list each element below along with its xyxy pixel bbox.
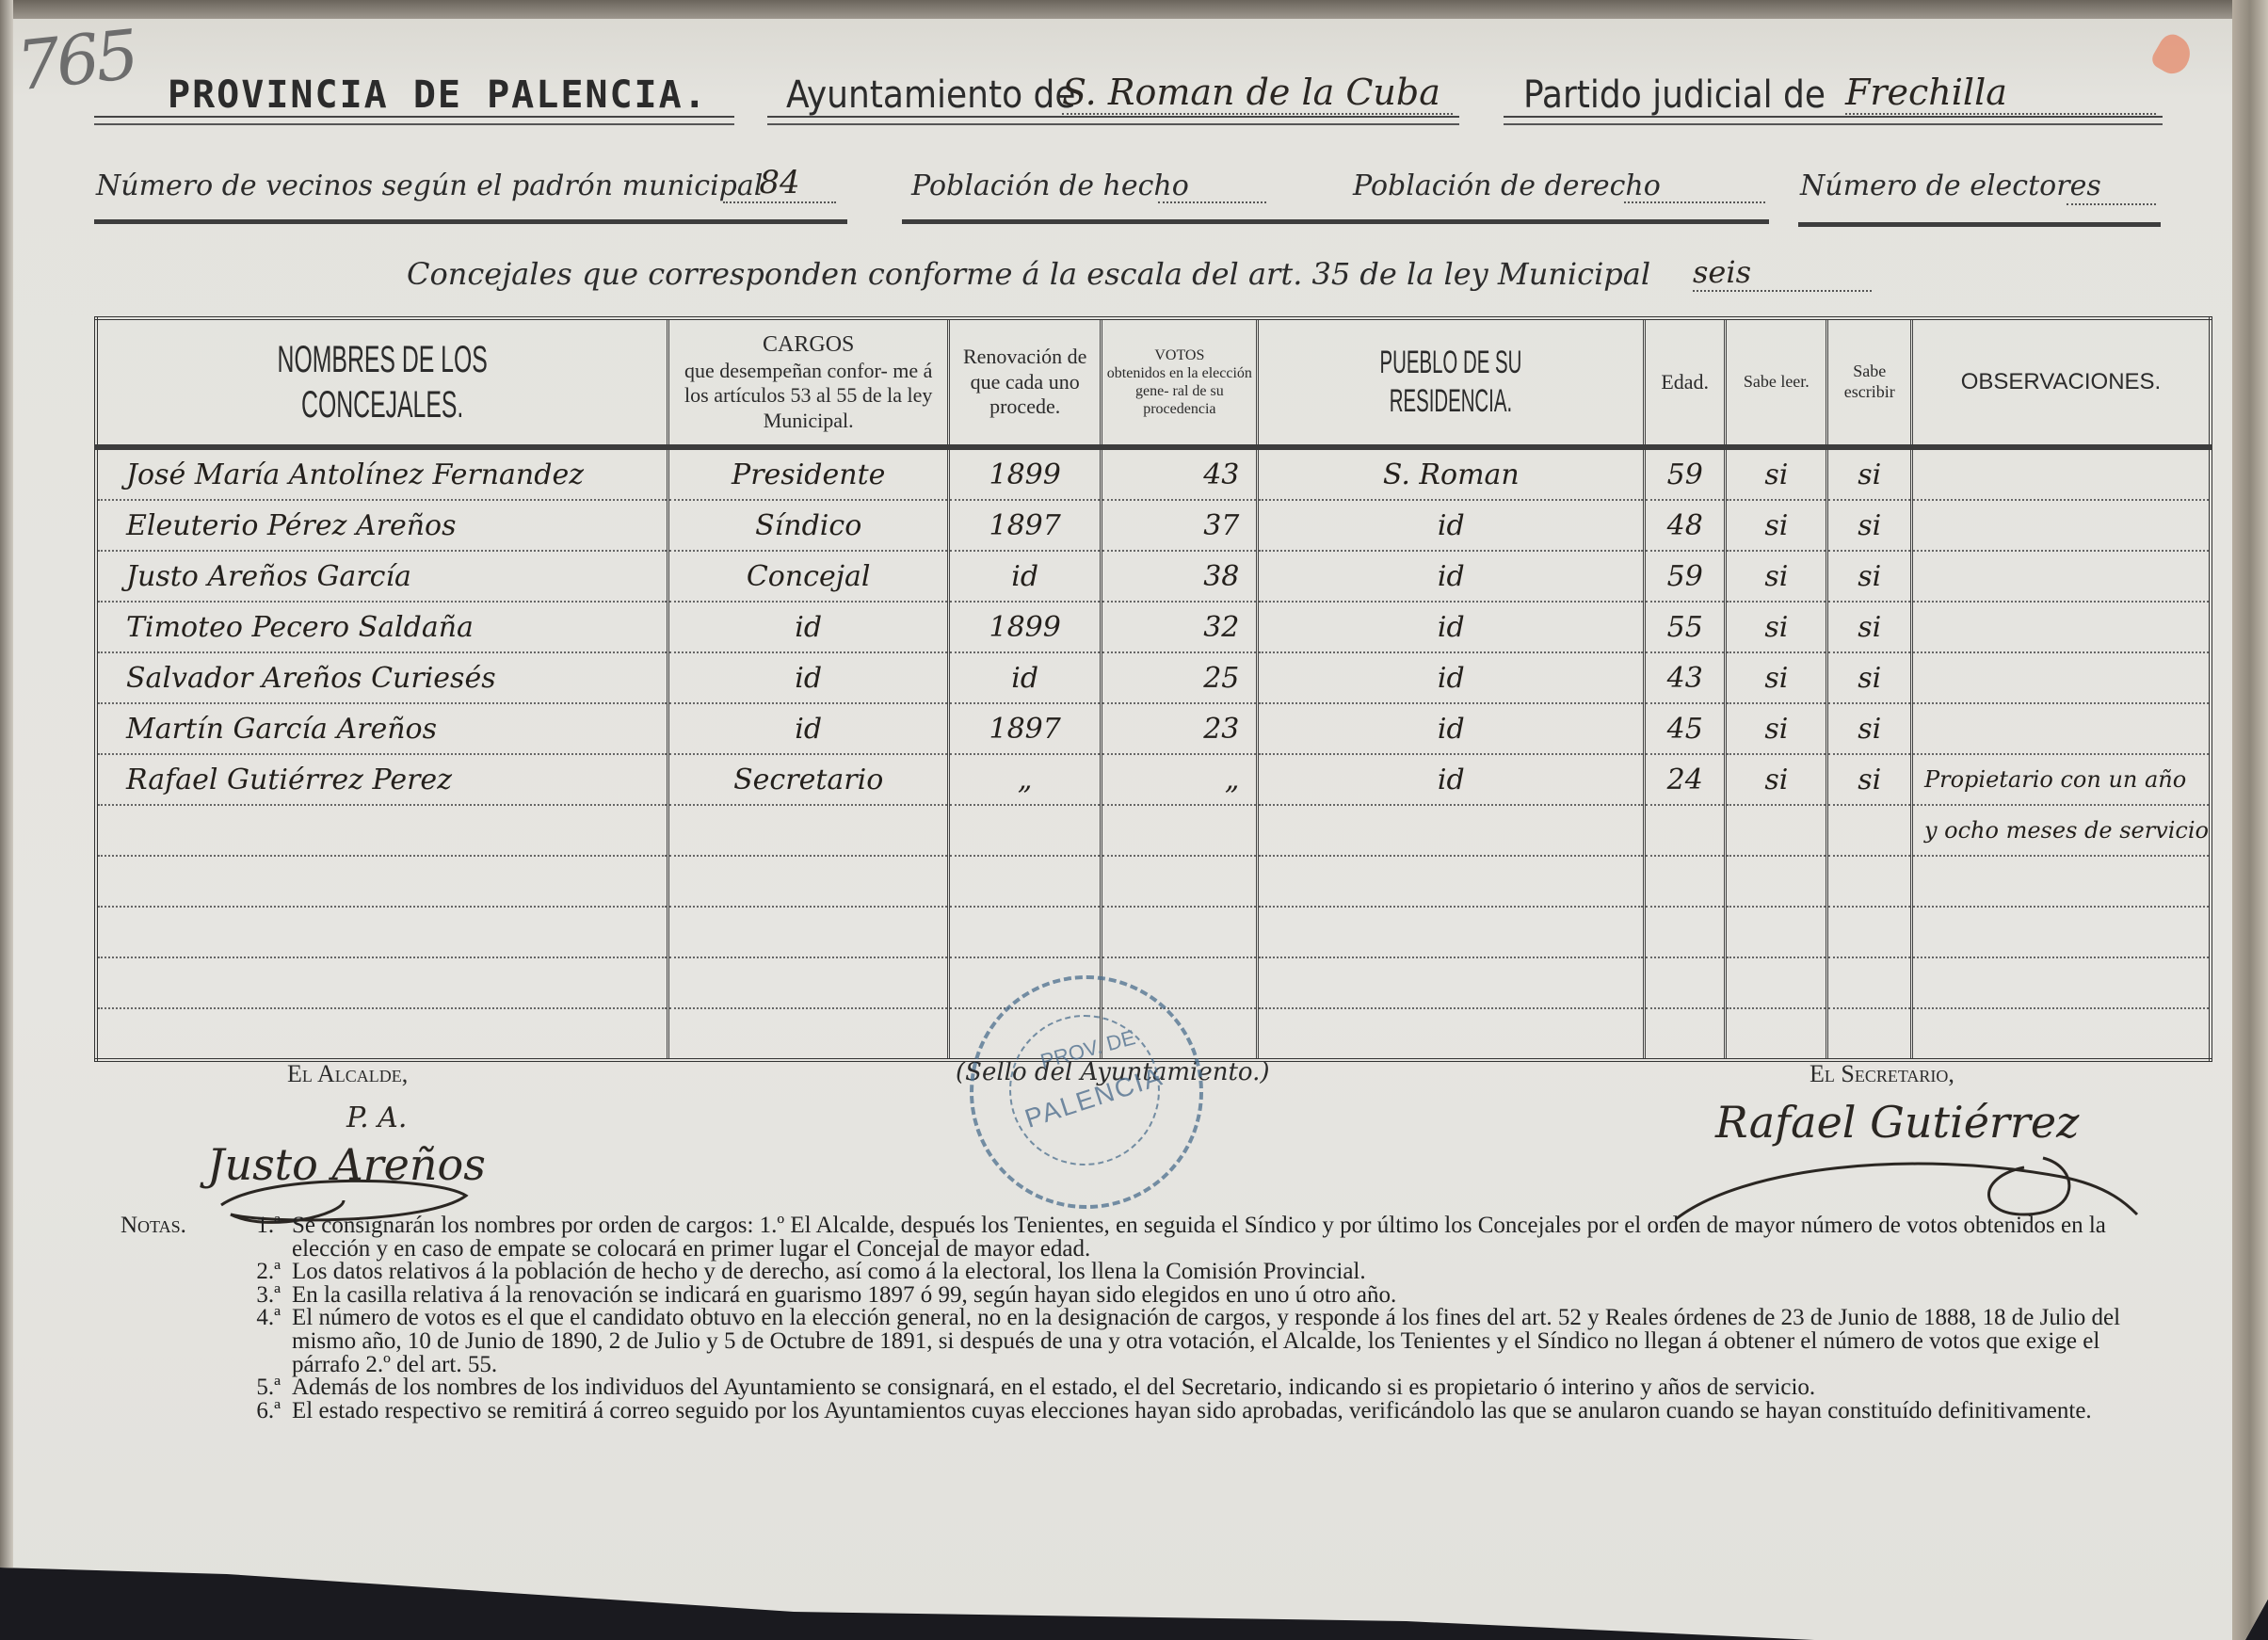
cell-edad	[1645, 907, 1726, 957]
page-top-edge	[0, 0, 2268, 19]
poblacion-hecho-value	[1158, 200, 1266, 203]
electores-value	[2067, 201, 2156, 205]
cell-sabe-leer: si	[1726, 652, 1827, 703]
col-votos: VOTOS obtenidos en la elección gene- ral…	[1102, 318, 1258, 447]
col-sabe-leer: Sabe leer.	[1726, 318, 1827, 447]
concejales-label: Concejales que corresponden conforme á l…	[407, 256, 1650, 292]
notes-title: Notas.	[121, 1214, 222, 1261]
cell-sabe-escribir	[1827, 957, 1912, 1008]
alcalde-pa-note: P. A.	[346, 1101, 407, 1134]
cell-pueblo: id	[1258, 500, 1645, 551]
cell-nombre: José María Antolínez Fernandez	[96, 447, 668, 500]
cell-edad: 24	[1645, 754, 1726, 805]
cell-edad	[1645, 1008, 1726, 1060]
red-ink-mark	[2148, 30, 2196, 80]
note-number: 4.ª	[222, 1307, 292, 1376]
cell-votos: 23	[1102, 703, 1258, 754]
table-row: Salvador Areños Curiesésidid25id43sisi	[96, 652, 2211, 703]
cell-cargo	[668, 957, 949, 1008]
note-number: 6.ª	[222, 1400, 292, 1423]
divider	[94, 219, 847, 224]
cell-nombre: Eleuterio Pérez Areños	[96, 500, 668, 551]
cell-observaciones	[1911, 551, 2211, 602]
cell-sabe-leer	[1726, 907, 1827, 957]
folio-number: 765	[13, 15, 139, 106]
poblacion-hecho-label: Población de hecho	[911, 169, 1189, 202]
cell-nombre: Timoteo Pecero Saldaña	[96, 602, 668, 652]
table-row: Justo Areños GarcíaConcejalid38id59sisi	[96, 551, 2211, 602]
note-number: 3.ª	[222, 1284, 292, 1308]
cell-sabe-leer	[1726, 856, 1827, 907]
cell-observaciones	[1911, 907, 2211, 957]
cell-edad: 55	[1645, 602, 1726, 652]
cell-votos: 37	[1102, 500, 1258, 551]
table-row	[96, 856, 2211, 907]
note-text: Se consignarán los nombres por orden de …	[292, 1214, 2173, 1261]
cell-sabe-escribir	[1827, 907, 1912, 957]
table-row	[96, 907, 2211, 957]
cell-observaciones	[1911, 652, 2211, 703]
concejales-value: seis	[1693, 254, 1872, 292]
cell-renovacion	[949, 856, 1102, 907]
table-row: Timoteo Pecero Saldañaid189932id55sisi	[96, 602, 2211, 652]
cell-sabe-escribir: si	[1827, 703, 1912, 754]
alcalde-label: El Alcalde,	[287, 1060, 408, 1088]
cell-renovacion: id	[949, 652, 1102, 703]
cell-votos: 32	[1102, 602, 1258, 652]
provincia-title: PROVINCIA DE PALENCIA.	[168, 73, 708, 117]
cell-nombre: Martín García Areños	[96, 703, 668, 754]
page-right-edge	[2232, 0, 2268, 1640]
cell-renovacion: 1897	[949, 703, 1102, 754]
cell-nombre: Salvador Areños Curiesés	[96, 652, 668, 703]
table-row: y ocho meses de servicio	[96, 805, 2211, 856]
col-pueblo: PUEBLO DE SU RESIDENCIA.	[1258, 318, 1645, 447]
cell-observaciones	[1911, 500, 2211, 551]
cell-sabe-leer: si	[1726, 447, 1827, 500]
divider	[1504, 116, 2163, 125]
cell-pueblo	[1258, 957, 1645, 1008]
cargos-subtitle: que desempeñan confor- me á los artículo…	[673, 359, 943, 433]
secretario-label: El Secretario,	[1810, 1060, 1954, 1088]
cell-cargo: id	[668, 703, 949, 754]
cell-edad: 48	[1645, 500, 1726, 551]
cell-pueblo	[1258, 1008, 1645, 1060]
cell-votos: „	[1102, 754, 1258, 805]
note-5: 5.ªAdemás de los nombres de los individu…	[121, 1376, 2173, 1400]
poblacion-derecho-label: Población de derecho	[1353, 169, 1661, 202]
note-number: 2.ª	[222, 1261, 292, 1284]
table-row: José María Antolínez FernandezPresidente…	[96, 447, 2211, 500]
cell-nombre	[96, 805, 668, 856]
cell-edad: 43	[1645, 652, 1726, 703]
cell-cargo: Secretario	[668, 754, 949, 805]
partido-value: Frechilla	[1845, 72, 2156, 115]
cell-nombre	[96, 907, 668, 957]
cell-cargo	[668, 805, 949, 856]
votos-subtitle: obtenidos en la elección gene- ral de su…	[1106, 364, 1252, 419]
col-nombres: NOMBRES DE LOS CONCEJALES.	[96, 318, 668, 447]
cell-pueblo: id	[1258, 652, 1645, 703]
cell-votos	[1102, 907, 1258, 957]
note-1: Notas.1.ªSe consignarán los nombres por …	[121, 1214, 2173, 1261]
cell-observaciones	[1911, 957, 2211, 1008]
cell-sabe-escribir	[1827, 805, 1912, 856]
note-text: Los datos relativos á la población de he…	[292, 1261, 2173, 1284]
cell-pueblo: S. Roman	[1258, 447, 1645, 500]
cell-cargo: id	[668, 602, 949, 652]
cell-votos: 43	[1102, 447, 1258, 500]
vecinos-value: 84	[723, 164, 836, 203]
note-text: El número de votos es el que el candidat…	[292, 1307, 2173, 1376]
cell-edad: 59	[1645, 447, 1726, 500]
cell-cargo: Concejal	[668, 551, 949, 602]
note-text: El estado respectivo se remitirá á corre…	[292, 1400, 2173, 1423]
cell-observaciones	[1911, 602, 2211, 652]
cell-votos: 38	[1102, 551, 1258, 602]
note-6: 6.ªEl estado respectivo se remitirá á co…	[121, 1400, 2173, 1423]
cell-renovacion	[949, 907, 1102, 957]
note-2: 2.ªLos datos relativos á la población de…	[121, 1261, 2173, 1284]
cell-renovacion	[949, 805, 1102, 856]
cell-pueblo: id	[1258, 754, 1645, 805]
cell-nombre	[96, 957, 668, 1008]
votos-title: VOTOS	[1106, 346, 1252, 364]
divider	[94, 116, 734, 125]
table-row: Martín García Areñosid189723id45sisi	[96, 703, 2211, 754]
cell-sabe-escribir: si	[1827, 447, 1912, 500]
ayuntamiento-value: S. Roman de la Cuba	[1062, 72, 1453, 115]
cell-renovacion: 1899	[949, 602, 1102, 652]
table-row: Eleuterio Pérez AreñosSíndico189737id48s…	[96, 500, 2211, 551]
cell-pueblo: id	[1258, 551, 1645, 602]
cell-edad	[1645, 805, 1726, 856]
cell-nombre: Rafael Gutiérrez Perez	[96, 754, 668, 805]
cell-cargo	[668, 1008, 949, 1060]
cell-renovacion: „	[949, 754, 1102, 805]
col-observaciones: OBSERVACIONES.	[1911, 318, 2211, 447]
electores-label: Número de electores	[1800, 169, 2101, 202]
cell-votos	[1102, 805, 1258, 856]
note-text: En la casilla relativa á la renovación s…	[292, 1284, 2173, 1308]
note-4: 4.ªEl número de votos es el que el candi…	[121, 1307, 2173, 1376]
ayuntamiento-seal-stamp: PROV. DE PALENCIA	[970, 975, 1203, 1209]
cell-sabe-escribir: si	[1827, 500, 1912, 551]
cell-cargo	[668, 907, 949, 957]
notes-section: Notas.1.ªSe consignarán los nombres por …	[121, 1214, 2173, 1423]
note-3: 3.ªEn la casilla relativa á la renovació…	[121, 1284, 2173, 1308]
cell-sabe-leer: si	[1726, 703, 1827, 754]
cell-cargo: Síndico	[668, 500, 949, 551]
divider	[1798, 222, 2161, 227]
cell-renovacion: id	[949, 551, 1102, 602]
cell-observaciones	[1911, 856, 2211, 907]
cell-sabe-leer: si	[1726, 754, 1827, 805]
secretario-flourish	[1666, 1130, 2156, 1224]
page-binding-edge	[0, 0, 13, 1640]
cell-renovacion: 1899	[949, 447, 1102, 500]
cell-pueblo: id	[1258, 602, 1645, 652]
table-row: Rafael Gutiérrez PerezSecretario„„id24si…	[96, 754, 2211, 805]
document-page: 765 PROVINCIA DE PALENCIA. Ayuntamiento …	[0, 0, 2268, 1640]
cell-observaciones	[1911, 447, 2211, 500]
cell-nombre	[96, 856, 668, 907]
poblacion-derecho-value	[1624, 200, 1765, 203]
cell-renovacion: 1897	[949, 500, 1102, 551]
cell-sabe-leer: si	[1726, 500, 1827, 551]
cell-sabe-escribir: si	[1827, 551, 1912, 602]
cell-sabe-leer	[1726, 957, 1827, 1008]
cell-pueblo	[1258, 805, 1645, 856]
cell-sabe-escribir: si	[1827, 754, 1912, 805]
note-number: 1.ª	[222, 1214, 292, 1261]
cell-sabe-leer	[1726, 1008, 1827, 1060]
col-cargos: CARGOS que desempeñan confor- me á los a…	[668, 318, 949, 447]
cell-sabe-escribir: si	[1827, 602, 1912, 652]
cell-cargo	[668, 856, 949, 907]
note-text: Además de los nombres de los individuos …	[292, 1376, 2173, 1400]
cell-sabe-escribir: si	[1827, 652, 1912, 703]
cell-edad: 45	[1645, 703, 1726, 754]
cell-edad	[1645, 856, 1726, 907]
col-renovacion: Renovación de que cada uno procede.	[949, 318, 1102, 447]
divider	[1218, 219, 1769, 224]
cell-cargo: Presidente	[668, 447, 949, 500]
cell-sabe-escribir	[1827, 1008, 1912, 1060]
divider	[767, 116, 1459, 125]
cell-nombre: Justo Areños García	[96, 551, 668, 602]
table-header-row: NOMBRES DE LOS CONCEJALES. CARGOS que de…	[96, 318, 2211, 447]
cell-pueblo	[1258, 907, 1645, 957]
cell-edad: 59	[1645, 551, 1726, 602]
cell-observaciones: y ocho meses de servicio	[1911, 805, 2211, 856]
cell-sabe-leer: si	[1726, 551, 1827, 602]
cell-sabe-escribir	[1827, 856, 1912, 907]
cell-pueblo	[1258, 856, 1645, 907]
cell-votos: 25	[1102, 652, 1258, 703]
cell-sabe-leer	[1726, 805, 1827, 856]
cell-nombre	[96, 1008, 668, 1060]
cell-pueblo: id	[1258, 703, 1645, 754]
concejales-table: NOMBRES DE LOS CONCEJALES. CARGOS que de…	[94, 316, 2212, 1062]
note-number: 5.ª	[222, 1376, 292, 1400]
cell-observaciones	[1911, 703, 2211, 754]
cell-cargo: id	[668, 652, 949, 703]
cell-observaciones: Propietario con un año	[1911, 754, 2211, 805]
cargos-title: CARGOS	[673, 331, 943, 359]
vecinos-label: Número de vecinos según el padrón munici…	[96, 169, 763, 202]
cell-observaciones	[1911, 1008, 2211, 1060]
cell-votos	[1102, 856, 1258, 907]
partido-label: Partido judicial de	[1523, 73, 1826, 117]
col-sabe-escribir: Sabe escribir	[1827, 318, 1912, 447]
cell-sabe-leer: si	[1726, 602, 1827, 652]
col-edad: Edad.	[1645, 318, 1726, 447]
cell-edad	[1645, 957, 1726, 1008]
divider	[902, 219, 1269, 224]
ayuntamiento-label: Ayuntamiento de	[786, 73, 1076, 117]
